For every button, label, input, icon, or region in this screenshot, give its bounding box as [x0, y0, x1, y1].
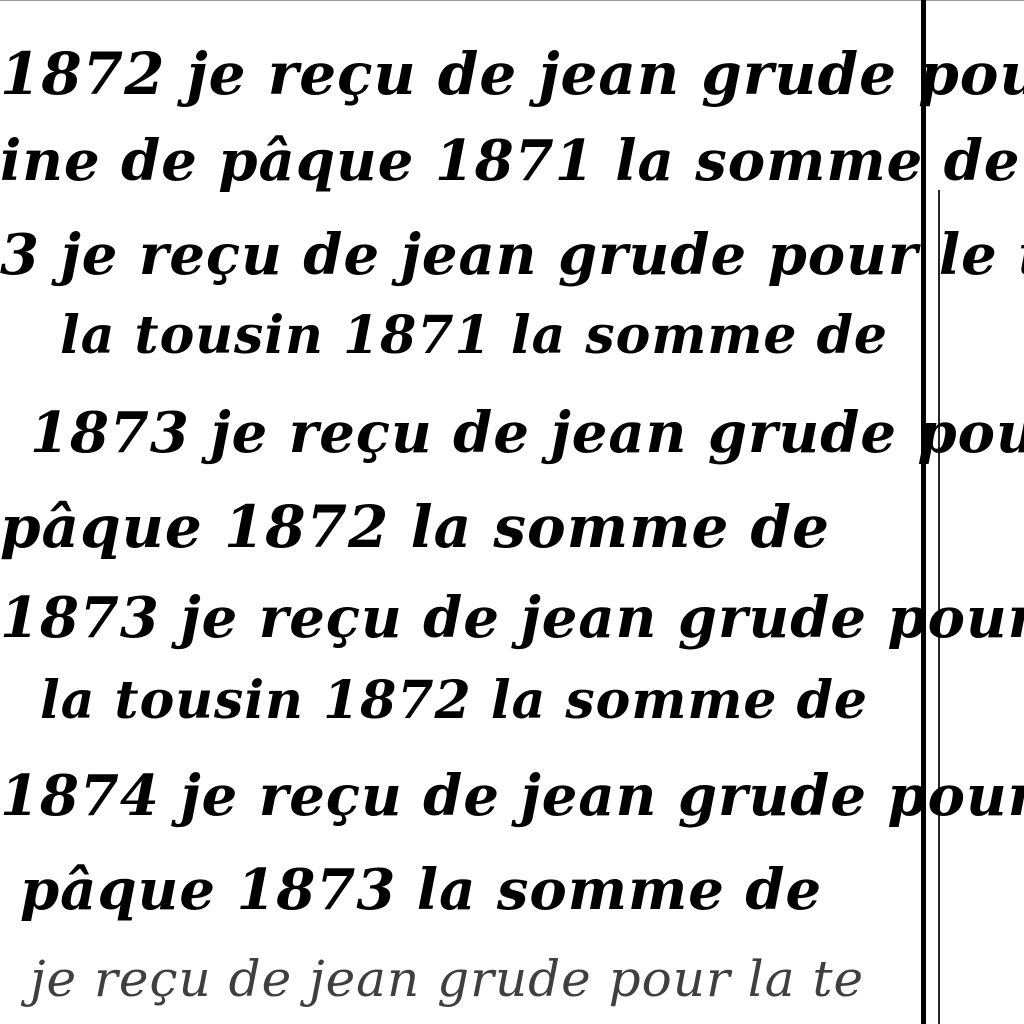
entry-line-8: la tousin 1872 la somme de: [40, 670, 868, 731]
entry-line-2: ine de pâque 1871 la somme de: [0, 128, 1021, 194]
entry-line-6: pâque 1872 la somme de: [0, 493, 830, 561]
entry-line-11: je reçu de jean grude pour la te: [30, 950, 864, 1008]
entry-line-1: 1872 je reçu de jean grude pour: [0, 40, 1024, 108]
entry-line-4: la tousin 1871 la somme de: [60, 305, 888, 366]
entry-line-7: 1873 je reçu de jean grude pour la te: [0, 585, 1024, 651]
entry-line-10: pâque 1873 la somme de: [20, 857, 822, 923]
entry-line-9: 1874 je reçu de jean grude pour la: [0, 763, 1024, 829]
entry-line-3: 3 je reçu de jean grude pour le term: [0, 222, 1024, 288]
entry-line-5: 1873 je reçu de jean grude pour le: [30, 400, 1024, 466]
handwritten-document-page: 1872 je reçu de jean grude pour ine de p…: [0, 0, 1024, 1024]
page-top-edge: [0, 0, 1024, 1]
